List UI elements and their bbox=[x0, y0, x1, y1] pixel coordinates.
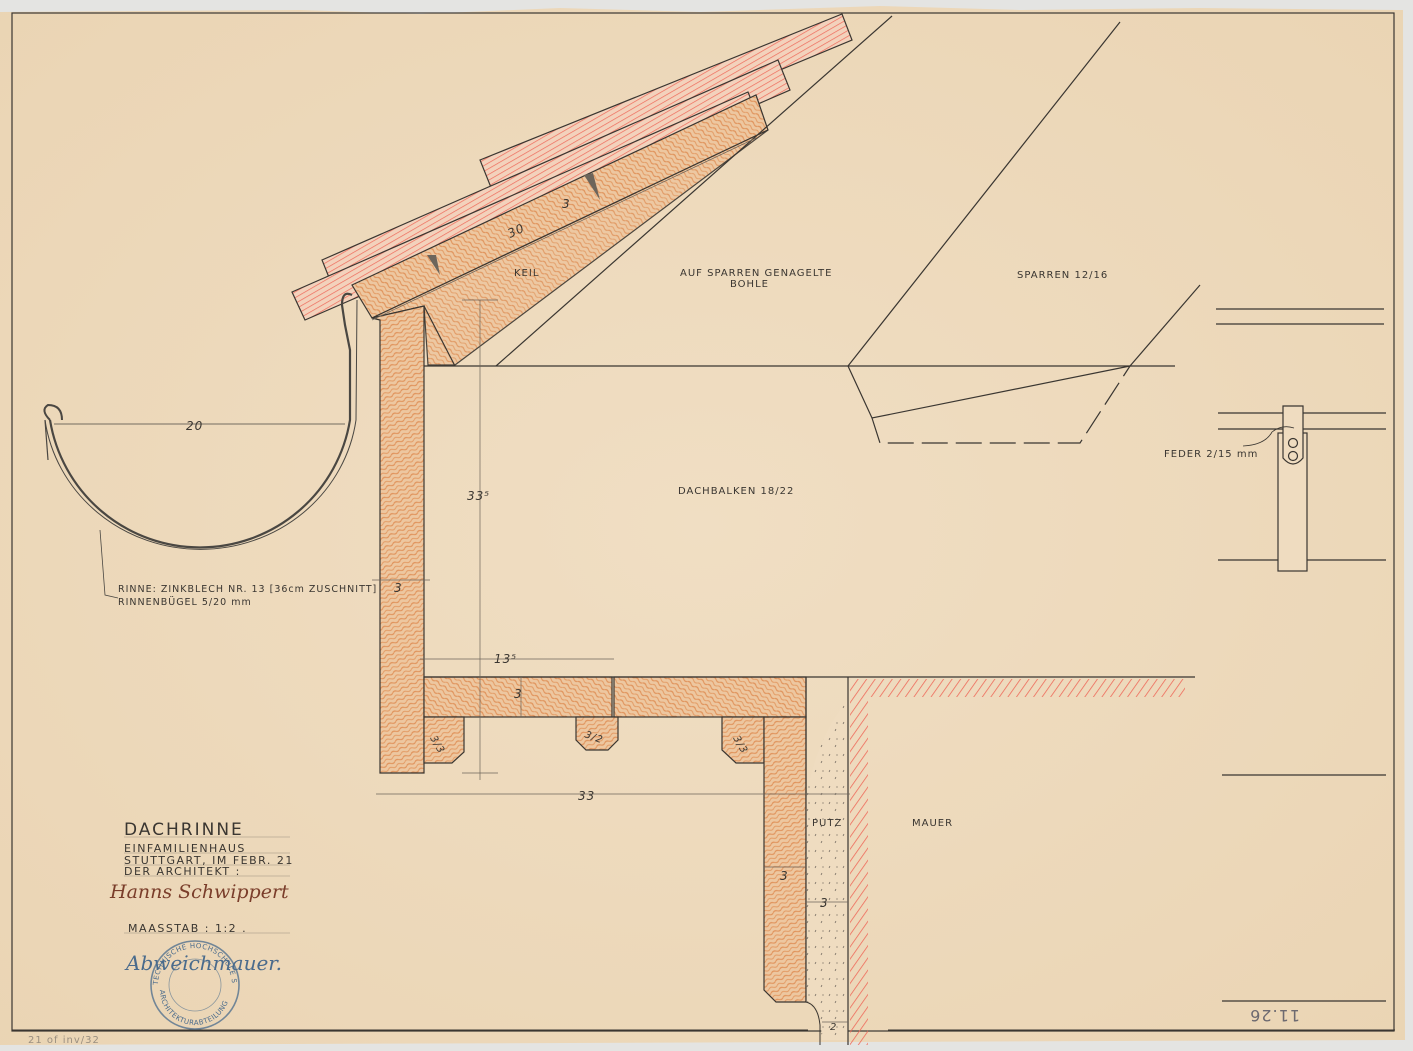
drawing-scale: MAASSTAB : 1:2 . bbox=[128, 922, 247, 935]
dim-soffit-thickness: 3 bbox=[514, 687, 523, 701]
dim-wall-board: 3 bbox=[780, 869, 789, 883]
label-rinne-line1: RINNE: ZINKBLECH NR. 13 [36cm ZUSCHNITT] bbox=[118, 584, 377, 595]
dim-putz-thickness: 3 bbox=[820, 896, 829, 910]
archive-number: 11.26 bbox=[1249, 1006, 1300, 1025]
label-bohle-line2: BOHLE bbox=[730, 279, 769, 290]
dim-gutter-width: 20 bbox=[186, 419, 203, 433]
drawing-canvas: KEIL AUF SPARREN GENAGELTE BOHLE SPARREN… bbox=[0, 0, 1413, 1051]
label-sparren: SPARREN 12/16 bbox=[1017, 270, 1108, 281]
corner-note: 21 of inv/32 bbox=[28, 1035, 100, 1046]
stamp-signature: Abweichmauer. bbox=[124, 951, 282, 975]
label-putz: PUTZ bbox=[812, 818, 842, 829]
dim-bottom-gap: 2 bbox=[830, 1022, 837, 1033]
label-feder: FEDER 2/15 mm bbox=[1164, 449, 1258, 460]
dim-soffit-span: 13⁵ bbox=[494, 652, 517, 666]
architectural-drawing-sheet: KEIL AUF SPARREN GENAGELTE BOHLE SPARREN… bbox=[0, 0, 1413, 1051]
dim-plank-thickness: 3 bbox=[562, 197, 571, 211]
label-keil: KEIL bbox=[514, 268, 539, 279]
label-rinne-line2: RINNENBÜGEL 5/20 mm bbox=[118, 597, 252, 608]
dim-post-width: 3 bbox=[394, 581, 403, 595]
vertical-board bbox=[372, 306, 424, 773]
architect-label: DER ARCHITEKT : bbox=[124, 865, 241, 878]
architect-signature: Hanns Schwippert bbox=[109, 881, 289, 903]
drawing-title: DACHRINNE bbox=[124, 820, 244, 840]
soffit-board-right bbox=[614, 677, 806, 717]
label-bohle-line1: AUF SPARREN GENAGELTE bbox=[680, 268, 832, 279]
wall-board bbox=[764, 717, 806, 1002]
dim-overall-width: 33 bbox=[578, 789, 595, 803]
label-mauer: MAUER bbox=[912, 818, 953, 829]
label-dachbalken: DACHBALKEN 18/22 bbox=[678, 486, 794, 497]
dim-vertical-height: 33⁵ bbox=[467, 489, 490, 503]
